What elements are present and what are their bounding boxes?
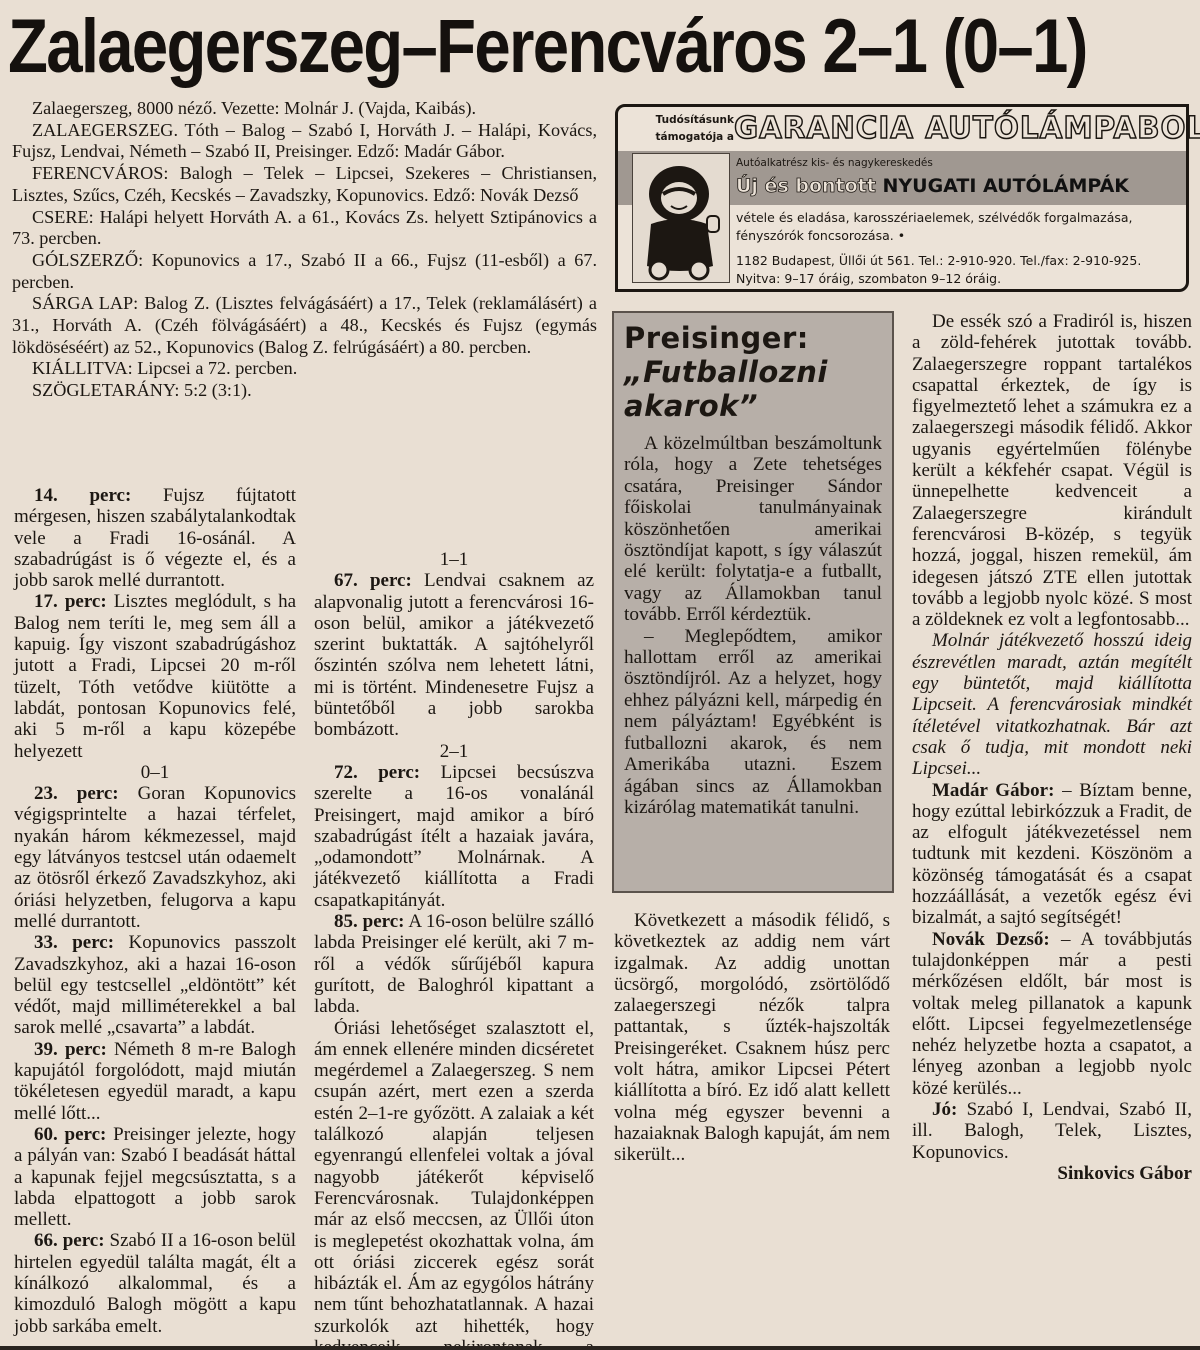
scorers: GÓLSZERZŐ: Kopunovics a 17., Szabó II a … xyxy=(12,250,597,293)
ad-tagline: Új és bontott NYUGATI AUTÓLÁMPÁK xyxy=(736,175,1129,197)
red-card: KIÁLLITVA: Lipcsei a 72. percben. xyxy=(12,358,597,380)
event: 85. perc: A 16-oson belülre szálló labda… xyxy=(314,911,594,1017)
event: 39. perc: Németh 8 m-re Balogh kapujától… xyxy=(14,1039,296,1124)
event: 72. perc: Lipcsei becsúszva szerelte a 1… xyxy=(314,762,594,911)
event: 66. perc: Szabó II a 16-oson belül hirte… xyxy=(14,1230,296,1336)
event: 17. perc: Lisztes meglódult, s ha Balog … xyxy=(14,591,296,761)
ad-subtitle: Autóalkatrész kis- és nagykereskedés xyxy=(736,157,933,169)
home-lineup: ZALAEGERSZEG. Tóth – Balog – Szabó I, Ho… xyxy=(12,120,597,163)
ad-sponsor-text: Tudósításunk támogatója a xyxy=(626,112,734,146)
report-column-3: Következett a második félidő, s következ… xyxy=(614,910,890,1342)
referee-note: Molnár játékvezető hosszú ideig észrevét… xyxy=(912,630,1192,779)
event: 60. perc: Preisinger jelezte, hogy a pál… xyxy=(14,1124,296,1230)
ad-brand: GARANCIA AUTÓLÁMPABOLT xyxy=(734,111,1200,146)
sidebar-intro: A közelmúltban beszámoltunk róla, hogy a… xyxy=(624,433,882,626)
event: 67. perc: Lendvai csaknem az alapvonalig… xyxy=(314,570,594,740)
report-column-2: 1–1 67. perc: Lendvai csaknem az alapvon… xyxy=(314,463,594,1348)
quote-home-coach: Madár Gábor: – Bíztam benne, hogy ezútta… xyxy=(912,780,1192,929)
sponsor-ad: Tudósításunk támogatója a GARANCIA AUTÓL… xyxy=(615,104,1189,292)
event: 23. perc: Goran Kopunovics végigsprintel… xyxy=(14,783,296,932)
event: 33. perc: Kopunovics passzolt Zavadszkyh… xyxy=(14,932,296,1038)
summary-paragraph-2: Következett a második félidő, s következ… xyxy=(614,910,890,1342)
scorers-label: GÓLSZERZŐ: xyxy=(32,250,143,270)
sidebar-body: A közelmúltban beszámoltunk róla, hogy a… xyxy=(624,433,882,818)
yellow-label: SÁRGA LAP: xyxy=(32,293,138,313)
score-marker: 1–1 xyxy=(314,549,594,570)
quote-away-coach: Novák Dezső: – A továbbjutás tulajdonkép… xyxy=(912,929,1192,1099)
yellow-cards: SÁRGA LAP: Balog Z. (Lisztes felvágásáér… xyxy=(12,293,597,358)
ad-address: 1182 Budapest, Üllői út 561. Tel.: 2-910… xyxy=(736,252,1186,270)
event: 14. perc: Fujsz fújtatott mérgesen, hisz… xyxy=(14,485,296,591)
summary-paragraph-3: De essék szó a Fradiról is, hiszen a zöl… xyxy=(912,311,1192,630)
ad-contact: 1182 Budapest, Üllői út 561. Tel.: 2-910… xyxy=(736,252,1186,288)
ad-hours: Nyitva: 9–17 óráig, szombaton 9–12 óráig… xyxy=(736,270,1186,288)
corners-label: SZÖGLETARÁNY: xyxy=(32,380,179,400)
corners: SZÖGLETARÁNY: 5:2 (3:1). xyxy=(12,380,597,402)
mascot-icon xyxy=(632,153,730,283)
sidebar-quote: – Meglepődtem, amikor hallottam erről az… xyxy=(624,626,882,819)
red-label: KIÁLLITVA: xyxy=(32,358,133,378)
summary-paragraph: Óriási lehetőséget szalasztott el, ám en… xyxy=(314,1018,594,1348)
interview-sidebar: Preisinger: „Futballozni akarok” A közel… xyxy=(612,311,894,893)
sidebar-title: Preisinger: „Futballozni akarok” xyxy=(624,321,882,423)
ad-description: vétele és eladása, karosszériaelemek, sz… xyxy=(736,209,1186,245)
report-column-4: De essék szó a Fradiról is, hiszen a zöl… xyxy=(912,311,1192,1184)
substitutions: CSERE: Halápi helyett Horváth A. a 61., … xyxy=(12,207,597,250)
score-marker: 2–1 xyxy=(314,741,594,762)
match-info: Zalaegerszeg, 8000 néző. Vezette: Molnár… xyxy=(12,98,597,402)
venue-line: Zalaegerszeg, 8000 néző. Vezette: Molnár… xyxy=(12,98,597,120)
report-column-1: 14. perc: Fujsz fújtatott mérgesen, hisz… xyxy=(14,485,296,1337)
bottom-rule xyxy=(0,1346,1200,1350)
score-marker: 0–1 xyxy=(14,762,296,783)
headline: Zalaegerszeg–Ferencváros 2–1 (0–1) xyxy=(8,2,1031,92)
best-players: Jó: Szabó I, Lendvai, Szabó II, ill. Bal… xyxy=(912,1099,1192,1163)
byline: Sinkovics Gábor xyxy=(912,1163,1192,1184)
subs-label: CSERE: xyxy=(32,207,94,227)
away-lineup: FERENCVÁROS: Balogh – Telek – Lipcsei, S… xyxy=(12,163,597,206)
